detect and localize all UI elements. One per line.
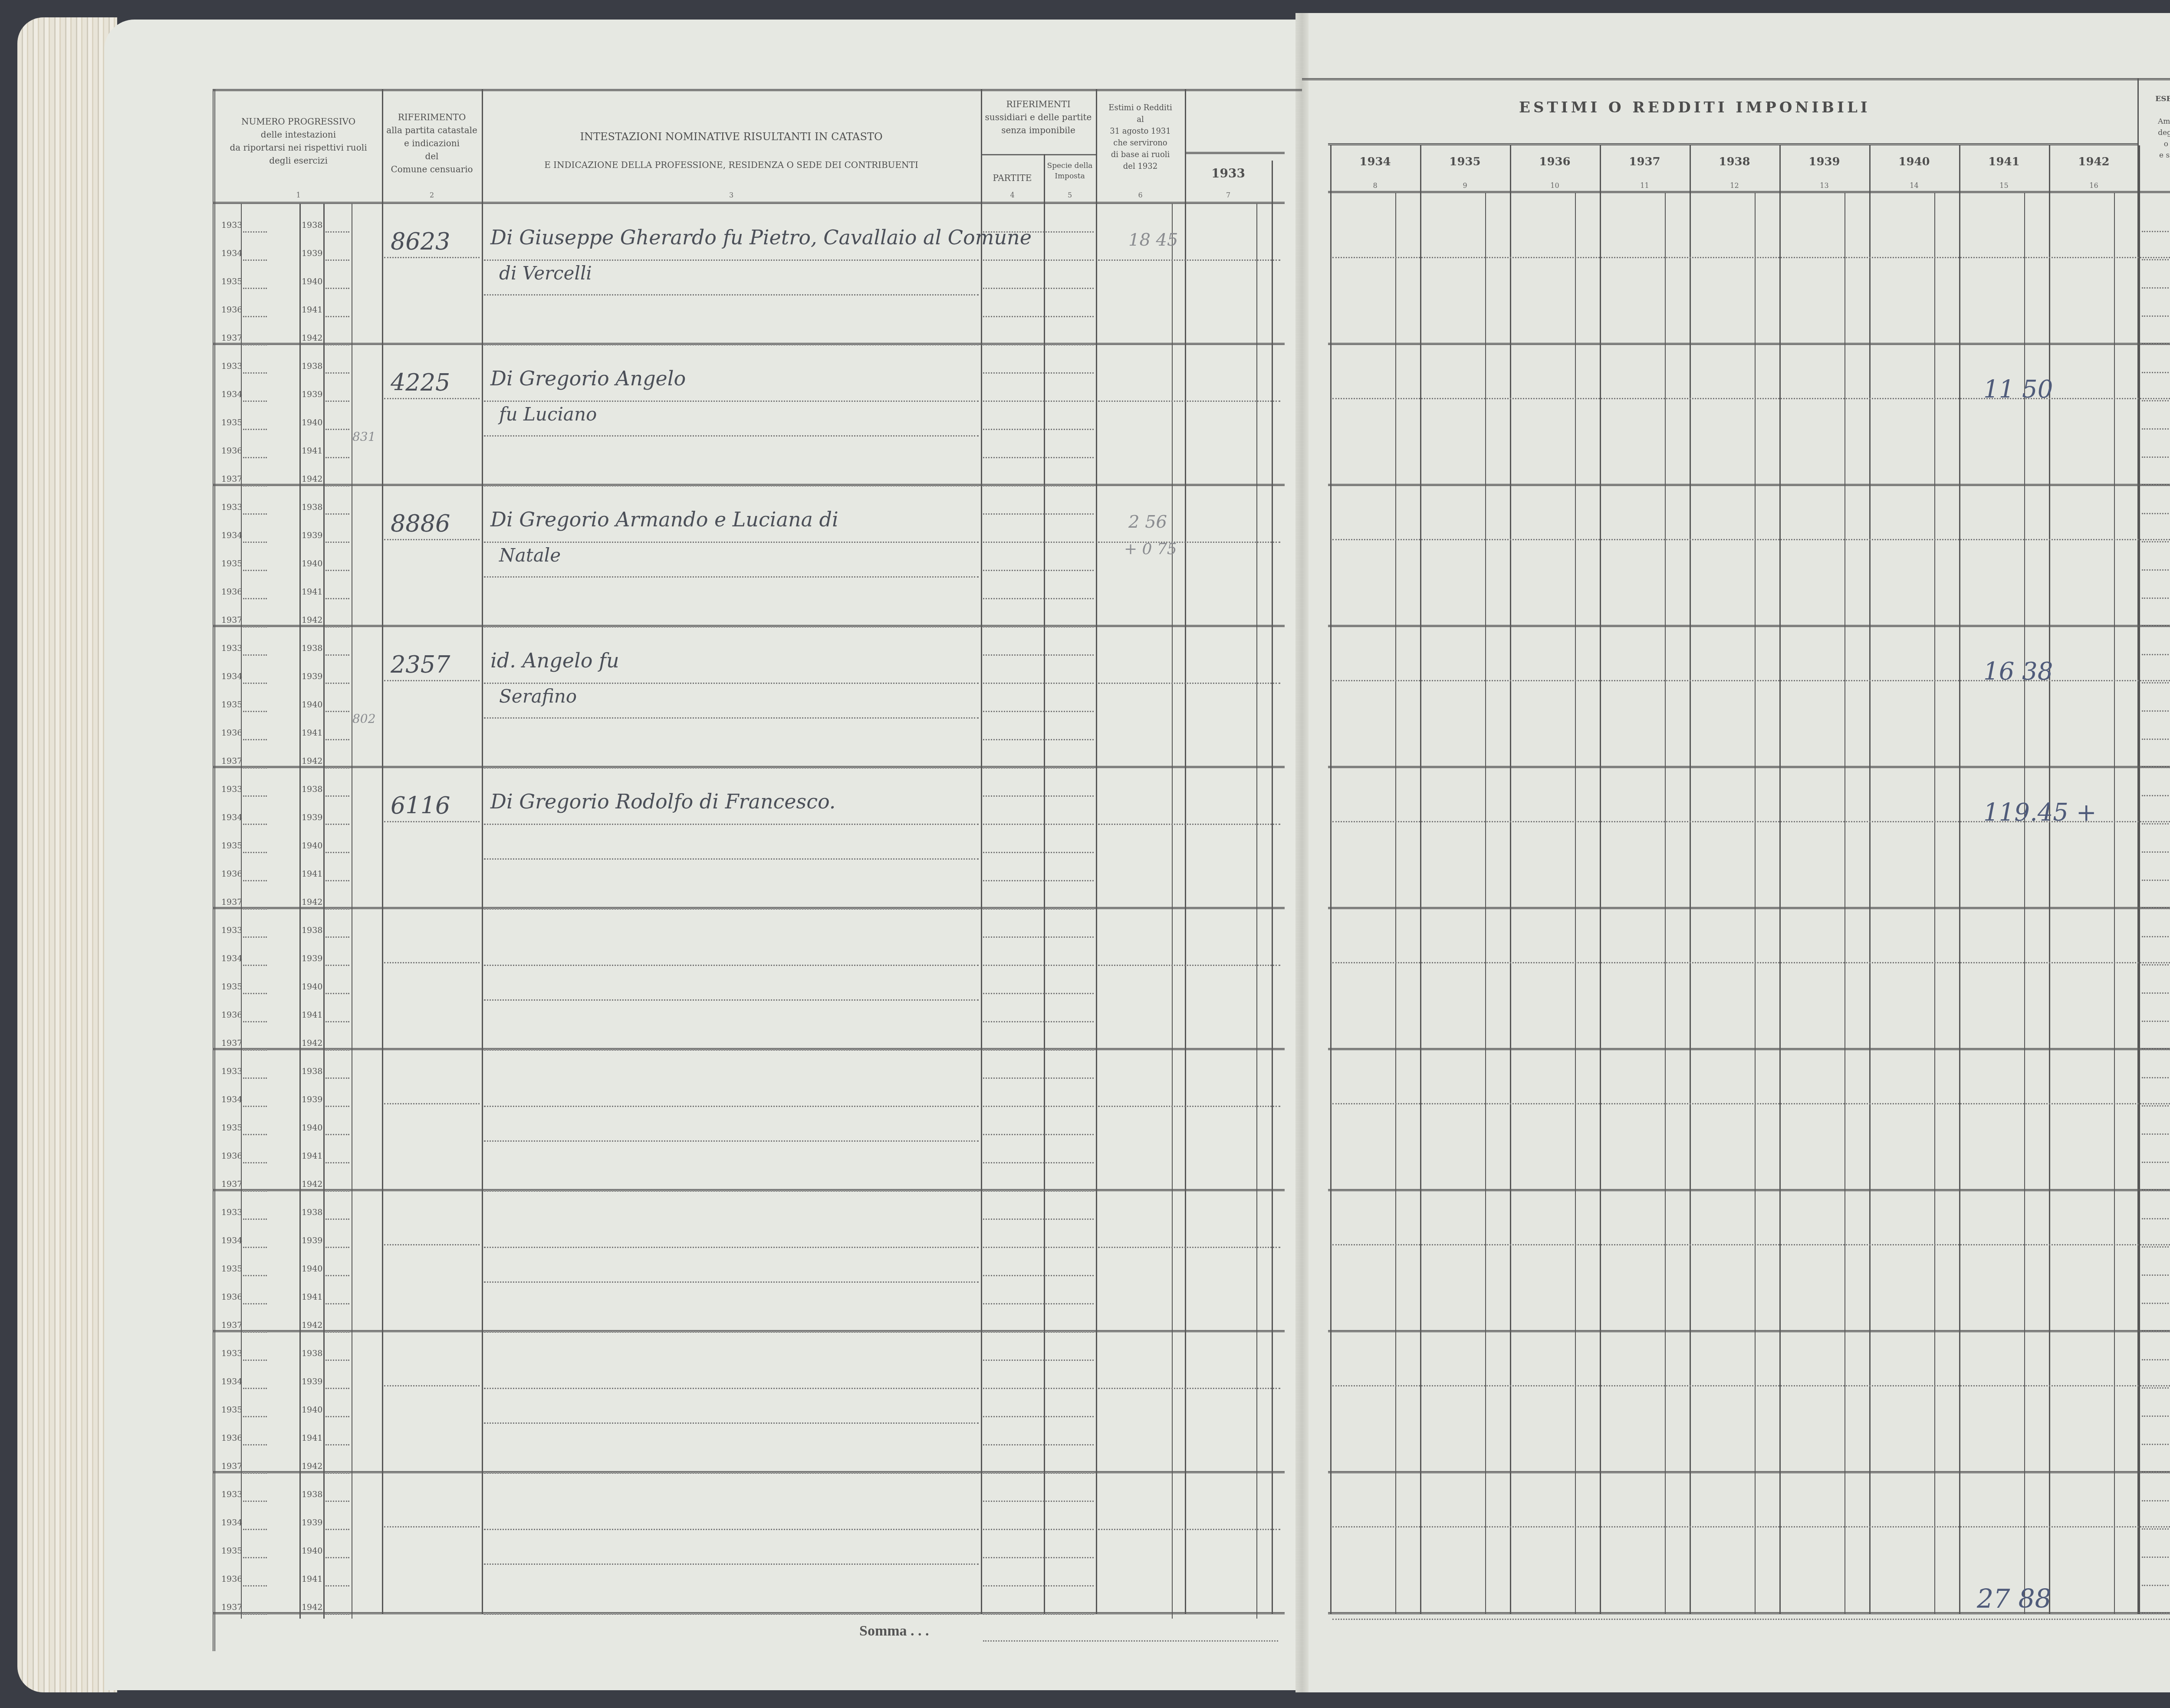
year-column-header: 1941 (1959, 155, 2049, 168)
dotted-line (983, 1388, 1094, 1389)
header-line: 31 agosto 1931 (1096, 125, 1185, 137)
year-label: 1935 (221, 841, 242, 851)
record-separator (1328, 484, 2170, 486)
year-label: 1942 (302, 474, 322, 484)
dotted-line (983, 908, 1094, 910)
header-riferimenti: RIFERIMENTI sussidiari e delle partite s… (981, 98, 1096, 137)
col-number: 6 (1096, 191, 1185, 199)
dotted-line (1098, 1247, 1280, 1248)
dotted-line (1332, 1526, 2170, 1527)
cents-divider (1844, 193, 1845, 1614)
dotted-fill (243, 880, 267, 881)
year-label: 1935 (221, 1405, 242, 1415)
total-1941: 27 88 (1977, 1584, 2052, 1614)
header-line: degli esercizi (215, 154, 382, 167)
dotted-fill (243, 1247, 267, 1248)
esenzioni-dotted-line (2142, 485, 2170, 486)
dotted-line (484, 1472, 979, 1474)
dotted-fill (325, 1303, 349, 1304)
reddito-1941: 11 50 (1983, 375, 2053, 404)
dotted-line (1098, 683, 1280, 684)
dotted-line (983, 1444, 1094, 1445)
dotted-line (983, 1585, 1094, 1586)
year-label: 1935 (221, 418, 242, 427)
esenzioni-dotted-line (2142, 1274, 2170, 1276)
dotted-fill (243, 908, 267, 910)
year-label: 1936 (221, 728, 242, 738)
column-divider (1690, 145, 1691, 1614)
dotted-line (983, 457, 1094, 458)
esenzioni-dotted-line (2142, 1416, 2170, 1417)
dotted-fill (243, 1613, 267, 1615)
dotted-fill (325, 457, 349, 458)
cents-divider (1172, 204, 1173, 1619)
cents-divider (2114, 193, 2115, 1614)
header-line: al (1096, 114, 1185, 125)
year-label: 1939 (302, 1236, 322, 1245)
header-intestazioni: INTESTAZIONI NOMINATIVE RISULTANTI IN CA… (482, 130, 981, 171)
esenzioni-dotted-line (2142, 1585, 2170, 1586)
record-separator (1328, 625, 2170, 627)
year-label: 1940 (302, 559, 322, 568)
dotted-fill (325, 936, 349, 938)
header-line: delle intestazioni (215, 128, 382, 141)
year-label: 1942 (302, 1462, 322, 1471)
dotted-line (983, 880, 1094, 881)
column-divider (482, 89, 483, 1614)
year-label: 1940 (302, 1405, 322, 1415)
esenzioni-dotted-line (2142, 541, 2170, 542)
dotted-line (983, 513, 1094, 515)
esenzioni-dotted-line (2142, 795, 2170, 796)
esenzioni-dotted-line (2142, 569, 2170, 571)
dotted-fill (243, 457, 267, 458)
dotted-line (983, 852, 1094, 853)
dotted-line (484, 485, 979, 486)
year-label: 1938 (302, 785, 322, 794)
dotted-fill (243, 1416, 267, 1417)
year-label: 1938 (302, 926, 322, 935)
year-label: 1938 (302, 1208, 322, 1217)
dotted-fill (243, 1444, 267, 1445)
esenzioni-dotted-line (2142, 739, 2170, 740)
esenzioni-dotted-line (2142, 1049, 2170, 1050)
dotted-line (983, 1077, 1094, 1079)
col-number: 1 (215, 191, 382, 199)
dotted-line (484, 999, 979, 1001)
dotted-line (983, 767, 1094, 769)
year-label: 1939 (302, 954, 322, 963)
year-label: 1941 (302, 1151, 322, 1161)
year-label: 1941 (302, 305, 322, 315)
margin-note: 831 (352, 430, 375, 444)
year-label: 1936 (221, 1151, 242, 1161)
year-label: 1941 (302, 1574, 322, 1584)
header-line: del 1932 (1096, 161, 1185, 172)
dotted-line (983, 316, 1094, 317)
year-label: 1940 (302, 1264, 322, 1274)
dotted-fill (243, 936, 267, 938)
dotted-fill (243, 1303, 267, 1304)
header-line: di base ai ruoli (1096, 149, 1185, 161)
dotted-fill (243, 654, 267, 656)
year-label: 1935 (221, 700, 242, 709)
dotted-line (484, 717, 979, 719)
dotted-line (484, 576, 979, 578)
dotted-fill (325, 1021, 349, 1022)
dotted-fill (325, 1501, 349, 1502)
year-label: 1940 (302, 700, 322, 709)
esenzioni-dotted-line (2142, 1218, 2170, 1219)
esenzioni-dotted-line (2142, 315, 2170, 317)
dotted-fill (243, 1106, 267, 1107)
header-esenzioni: ESENZIONI — Ammontare degli estimi o red… (2137, 93, 2170, 161)
year-label: 1933 (221, 1490, 242, 1499)
partita-number: 4225 (391, 369, 450, 396)
cents-divider (1256, 204, 1257, 1619)
col-number: 12 (1690, 181, 1779, 190)
dotted-fill (325, 344, 349, 345)
esenzioni-dotted-line (2142, 428, 2170, 430)
header-line: e scadenze (2137, 150, 2170, 161)
col-number: 4 (981, 191, 1044, 199)
somma-label: Somma . . . (859, 1623, 929, 1639)
year-column-header: 1938 (1690, 155, 1779, 168)
dotted-fill (243, 1331, 267, 1333)
dotted-line (1332, 1103, 2170, 1104)
intestazione-line1: id. Angelo fu (490, 649, 619, 672)
dotted-fill (325, 1388, 349, 1389)
dotted-fill (243, 542, 267, 543)
year-label: 1940 (302, 1546, 322, 1556)
dotted-line (983, 372, 1094, 374)
year-label: 1939 (302, 390, 322, 399)
dotted-fill (243, 1219, 267, 1220)
reddito-1941: 119.45 + (1983, 798, 2097, 827)
dotted-fill (243, 965, 267, 966)
year-column-header: 1940 (1869, 155, 1959, 168)
header-line: Ammontare (2137, 116, 2170, 127)
dotted-line (983, 485, 1094, 486)
intestazione-line1: Di Gregorio Rodolfo di Francesco. (490, 790, 835, 813)
dotted-line (484, 1281, 979, 1283)
esenzioni-dotted-line (2142, 1557, 2170, 1558)
dotted-line (1332, 962, 2170, 963)
column-divider (1510, 145, 1511, 1614)
year-label: 1934 (221, 954, 242, 963)
year-label: 1935 (221, 1546, 242, 1556)
year-label: 1937 (221, 1603, 242, 1612)
intestazione-line1: Di Gregorio Armando e Luciana di (490, 508, 838, 531)
dotted-fill (325, 542, 349, 543)
dotted-fill (243, 513, 267, 515)
dotted-line (484, 626, 979, 627)
year-label: 1935 (221, 1264, 242, 1274)
esenzioni-dotted-line (2142, 1500, 2170, 1501)
year-label: 1937 (221, 1320, 242, 1330)
year-label: 1938 (302, 220, 322, 230)
year-label: 1938 (302, 644, 322, 653)
esenzioni-dotted-line (2142, 1528, 2170, 1530)
year-column-header: 1942 (2049, 155, 2139, 168)
header-subtitle: E INDICAZIONE DELLA PROFESSIONE, RESIDEN… (482, 158, 981, 171)
dotted-line (384, 821, 480, 822)
dotted-line (484, 1140, 979, 1142)
year-label: 1935 (221, 982, 242, 992)
header-line: o redditi (2137, 138, 2170, 150)
year-label: 1937 (221, 1038, 242, 1048)
year-column-header: 1936 (1510, 155, 1600, 168)
dotted-fill (325, 1585, 349, 1586)
dotted-line (1098, 259, 1280, 261)
year-label: 1939 (302, 1095, 322, 1104)
year-label: 1937 (221, 615, 242, 625)
dotted-fill (325, 908, 349, 910)
intestazione-line2: Serafino (499, 686, 577, 707)
dotted-fill (325, 1190, 349, 1192)
somma-dotted-line (983, 1640, 1278, 1642)
year-label: 1940 (302, 982, 322, 992)
dotted-fill (243, 1472, 267, 1474)
dotted-line (1332, 257, 2170, 258)
dotted-line (484, 344, 979, 345)
dotted-line (484, 1388, 979, 1389)
dotted-line (983, 1219, 1094, 1220)
dotted-fill (325, 711, 349, 712)
intestazione-line2: di Vercelli (499, 263, 592, 284)
year-label: 1937 (221, 474, 242, 484)
dotted-fill (325, 259, 349, 261)
esenzioni-dotted-line (2142, 400, 2170, 401)
year-label: 1941 (302, 728, 322, 738)
dotted-line (983, 1501, 1094, 1502)
col-number: 7 (1185, 191, 1272, 199)
intestazione-line2: fu Luciano (499, 404, 597, 425)
year-label: 1940 (302, 841, 322, 851)
dotted-fill (325, 316, 349, 317)
esenzioni-dotted-line (2142, 1162, 2170, 1163)
dotted-line (484, 767, 979, 769)
year-label: 1935 (221, 1123, 242, 1133)
dotted-fill (325, 852, 349, 853)
dotted-fill (325, 372, 349, 374)
dotted-line (484, 683, 979, 684)
year-label: 1939 (302, 249, 322, 258)
year-label: 1942 (302, 1320, 322, 1330)
dotted-line (384, 1526, 480, 1527)
top-border (213, 89, 1302, 91)
year-column-header: 1935 (1420, 155, 1510, 168)
esenzioni-dotted-line (2142, 654, 2170, 655)
col-number: 10 (1510, 181, 1600, 190)
year-label: 1936 (221, 1010, 242, 1020)
year-label: 1939 (302, 531, 322, 540)
partita-number: 2357 (391, 651, 450, 678)
header-line: Estimi o Redditi (1096, 102, 1185, 114)
dotted-line (983, 993, 1094, 994)
header-line: e indicazioni (382, 137, 482, 150)
esenzioni-dotted-line (2142, 710, 2170, 712)
header-riferimento: RIFERIMENTO alla partita catastale e ind… (382, 111, 482, 176)
intestazione-line1: Di Gregorio Angelo (490, 367, 686, 390)
dotted-fill (243, 852, 267, 853)
year-label: 1942 (302, 897, 322, 907)
year-label: 1939 (302, 1377, 322, 1386)
year-label: 1938 (302, 1490, 322, 1499)
record-separator (1328, 1048, 2170, 1050)
cents-divider (1665, 193, 1666, 1614)
dotted-line (983, 344, 1094, 345)
esenzioni-dotted-line (2142, 1331, 2170, 1332)
column-divider (1420, 145, 1421, 1614)
cents-divider (1575, 193, 1576, 1614)
header-line: del (382, 150, 482, 163)
esenzioni-dotted-line (2142, 259, 2170, 260)
header-title: ESENZIONI (2137, 93, 2170, 105)
year-column-header: 1939 (1779, 155, 1869, 168)
divider (981, 154, 1096, 155)
left-page (104, 20, 1302, 1690)
year-label: 1939 (302, 1518, 322, 1527)
dotted-line (983, 598, 1094, 599)
dotted-line (484, 259, 979, 261)
dotted-fill (325, 1106, 349, 1107)
dotted-line (983, 1275, 1094, 1276)
dotted-fill (325, 429, 349, 430)
dotted-line (384, 1244, 480, 1245)
dotted-line (1098, 1529, 1280, 1530)
right-page (1302, 13, 2170, 1692)
year-label: 1934 (221, 531, 242, 540)
header-line: senza imponibile (981, 124, 1096, 137)
dotted-line (1098, 1106, 1280, 1107)
header-line: alla partita catastale (382, 124, 482, 137)
record-separator (1328, 766, 2170, 768)
col-number: 3 (482, 191, 981, 199)
esenzioni-dotted-line (2142, 964, 2170, 966)
esenzioni-dotted-line (2142, 231, 2170, 232)
record-separator (1328, 1330, 2170, 1332)
year-label: 1934 (221, 1236, 242, 1245)
dotted-line (983, 683, 1094, 684)
dotted-line (384, 1103, 480, 1104)
dotted-fill (243, 1049, 267, 1051)
year-label: 1934 (221, 672, 242, 681)
dotted-fill (325, 654, 349, 656)
year-label: 1941 (302, 869, 322, 879)
header-1933: 1933 (1185, 167, 1272, 180)
column-divider (1272, 161, 1273, 1614)
estimi-title: ESTIMI O REDDITI IMPONIBILI (1519, 99, 1871, 116)
dotted-fill (243, 1190, 267, 1192)
header-line: Comune censuario (382, 163, 482, 176)
esenzioni-dotted-line (2142, 1359, 2170, 1360)
book-spine (1295, 13, 1309, 1692)
reddito-1941: 16 38 (1983, 657, 2053, 686)
year-column-divider (299, 204, 301, 1619)
cents-divider (1395, 193, 1396, 1614)
col-number: 5 (1044, 191, 1096, 199)
dotted-fill (325, 739, 349, 740)
year-label: 1934 (221, 390, 242, 399)
dotted-fill (325, 231, 349, 233)
year-label: 1938 (302, 503, 322, 512)
dotted-fill (325, 570, 349, 571)
esenzioni-dotted-line (2142, 1387, 2170, 1389)
dotted-line (983, 1162, 1094, 1163)
dotted-fill (243, 1162, 267, 1163)
record-separator (1328, 907, 2170, 909)
col-number: 16 (2049, 181, 2139, 190)
dotted-fill (243, 767, 267, 769)
dotted-line (1098, 824, 1280, 825)
divider (1185, 152, 1285, 154)
column-divider (1959, 145, 1960, 1614)
esenzioni-dotted-line (2142, 1077, 2170, 1078)
dotted-fill (243, 316, 267, 317)
column-divider (1096, 89, 1097, 1614)
dotted-line (983, 1021, 1094, 1022)
year-label: 1934 (221, 813, 242, 822)
dotted-fill (325, 1613, 349, 1615)
year-label: 1934 (221, 1377, 242, 1386)
header-bottom-border (213, 202, 1285, 204)
esenzioni-dotted-line (2142, 287, 2170, 289)
dotted-line (384, 962, 480, 963)
dotted-line (983, 936, 1094, 938)
year-label: 1936 (221, 1433, 242, 1443)
dotted-fill (325, 485, 349, 486)
year-label: 1933 (221, 644, 242, 653)
esenzioni-dotted-line (2142, 513, 2170, 514)
esenzioni-dotted-line (2142, 936, 2170, 937)
dotted-fill (243, 1557, 267, 1558)
dotted-fill (243, 1077, 267, 1079)
dotted-line (1098, 965, 1280, 966)
partita-number: 8623 (391, 228, 450, 255)
year-label: 1937 (221, 1462, 242, 1471)
dotted-fill (243, 288, 267, 289)
esenzioni-dotted-line (2142, 1105, 2170, 1107)
esenzioni-dotted-line (2142, 682, 2170, 683)
dotted-fill (325, 1247, 349, 1248)
dotted-fill (243, 1388, 267, 1389)
esenzioni-dotted-line (2142, 1190, 2170, 1191)
record-separator (1328, 343, 2170, 345)
dotted-fill (325, 767, 349, 769)
year-label: 1933 (221, 1067, 242, 1076)
dotted-fill (325, 880, 349, 881)
column-divider (2139, 145, 2140, 1614)
dotted-line (983, 570, 1094, 571)
intestazione-line2: Natale (499, 545, 561, 566)
estimo-1931: 18 45 (1128, 230, 1178, 250)
dotted-fill (243, 1134, 267, 1135)
intestazione-line1: Di Giuseppe Gherardo fu Pietro, Cavallai… (490, 226, 1032, 249)
year-label: 1942 (302, 1179, 322, 1189)
year-label: 1937 (221, 1179, 242, 1189)
year-label: 1934 (221, 1095, 242, 1104)
dotted-line (484, 1422, 979, 1424)
dotted-fill (243, 795, 267, 797)
dotted-fill (243, 993, 267, 994)
year-label: 1933 (221, 361, 242, 371)
dotted-fill (243, 683, 267, 684)
dotted-fill (243, 1529, 267, 1530)
year-label: 1941 (302, 587, 322, 597)
partita-number: 6116 (391, 792, 450, 819)
dotted-fill (325, 1529, 349, 1530)
